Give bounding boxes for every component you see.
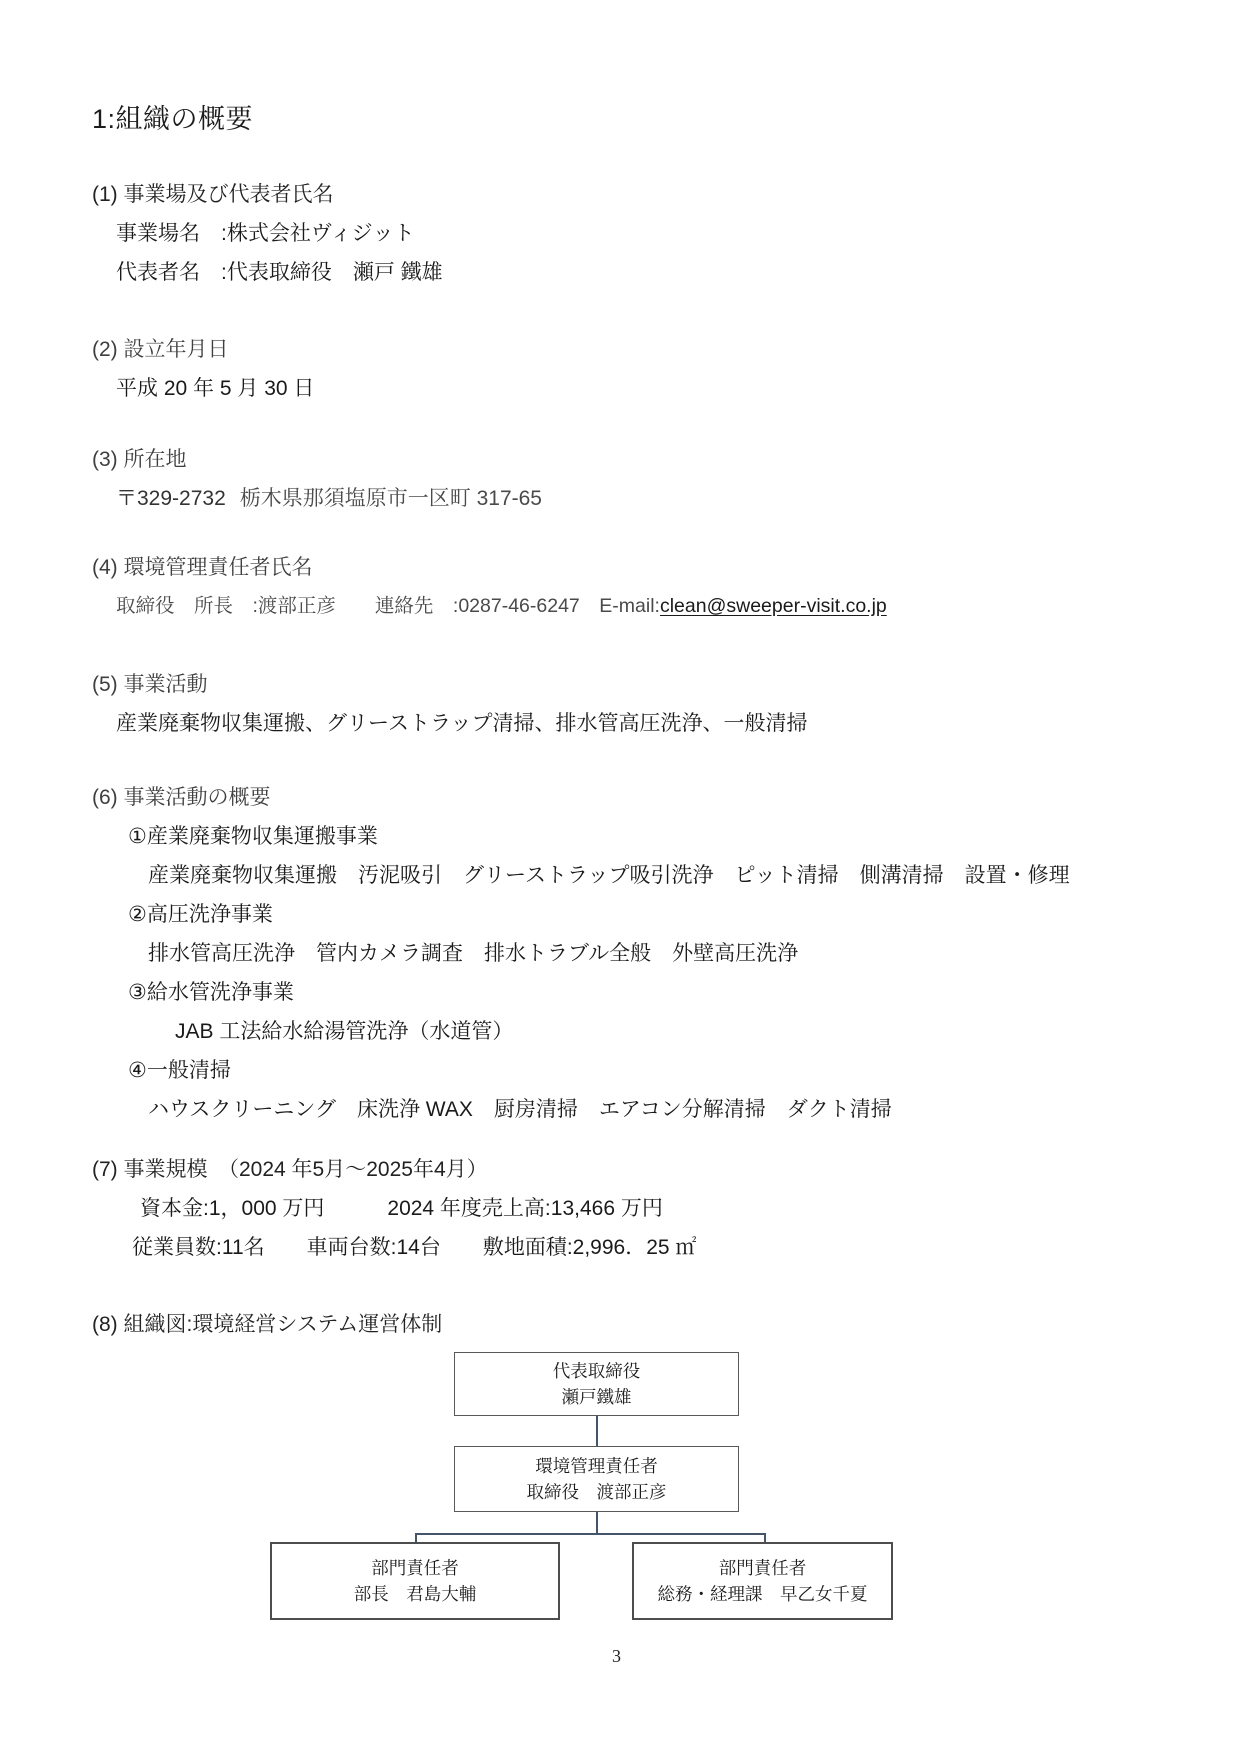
- document-page: 1:組織の概要 (1) 事業場及び代表者氏名 事業場名 :株式会社ヴィジット 代…: [0, 0, 1241, 1630]
- connector-ceo-manager: [596, 1416, 598, 1446]
- activity-4-detail: ハウスクリーニング 床洗浄 WAX 厨房清掃 エアコン分解清掃 ダクト清掃: [92, 1090, 1181, 1129]
- activity-2-detail: 排水管高圧洗浄 管内カメラ調査 排水トラブル全般 外壁高圧洗浄: [92, 934, 1181, 973]
- section-1-heading: (1) 事業場及び代表者氏名: [92, 175, 1181, 214]
- org-box-environment-manager: 環境管理責任者 取締役 渡部正彦: [454, 1446, 739, 1512]
- founding-date: 平成 20 年 5 月 30 日: [92, 369, 1181, 408]
- activity-4-label: ④一般清掃: [92, 1051, 1181, 1090]
- org-box-department-left: 部門責任者 部長 君島大輔: [270, 1542, 560, 1620]
- section-environment-manager: (4) 環境管理責任者氏名 取締役 所長 :渡部正彦 連絡先 :0287-46-…: [92, 548, 1181, 626]
- connector-manager-down: [596, 1512, 598, 1533]
- section-address: (3) 所在地 〒329-2732栃木県那須塩原市一区町 317-65: [92, 440, 1181, 518]
- activity-1-detail: 産業廃棄物収集運搬 汚泥吸引 グリーストラップ吸引洗浄 ピット清掃 側溝清掃 設…: [92, 856, 1181, 895]
- employees-vehicles-area-line: 従業員数:11名 車両台数:14台 敷地面積:2,996．25 ㎡: [92, 1228, 1181, 1267]
- section-5-heading: (5) 事業活動: [92, 665, 1181, 704]
- dept-right-title: 部門責任者: [719, 1555, 807, 1581]
- page-number: 3: [0, 1646, 1233, 1667]
- section-2-heading: (2) 設立年月日: [92, 330, 1181, 369]
- manager-contact-line: 取締役 所長 :渡部正彦 連絡先 :0287-46-6247 E-mail:cl…: [92, 587, 1181, 626]
- activity-2-label: ②高圧洗浄事業: [92, 895, 1181, 934]
- org-box-ceo: 代表取締役 瀬戸鐵雄: [454, 1352, 739, 1416]
- dept-right-name: 総務・経理課 早乙女千夏: [658, 1581, 868, 1607]
- manager-name: 取締役 渡部正彦: [527, 1479, 667, 1505]
- ceo-name: 瀬戸鐵雄: [562, 1384, 632, 1410]
- org-chart: 代表取締役 瀬戸鐵雄 環境管理責任者 取締役 渡部正彦 部門責任者 部長 君島大…: [270, 1352, 900, 1630]
- email-link[interactable]: clean@sweeper-visit.co.jp: [660, 595, 887, 617]
- business-site-name: 事業場名 :株式会社ヴィジット: [92, 214, 1181, 253]
- connector-horizontal: [415, 1533, 765, 1535]
- postal-code: 〒329-2732: [116, 487, 226, 510]
- section-org-chart: (8) 組織図:環境経営システム運営体制 代表取締役 瀬戸鐵雄 環境管理責任者 …: [92, 1305, 1181, 1630]
- section-founding-date: (2) 設立年月日 平成 20 年 5 月 30 日: [92, 330, 1181, 408]
- dept-left-name: 部長 君島大輔: [354, 1581, 477, 1607]
- section-7-heading: (7) 事業規模 （2024 年5月～2025年4月）: [92, 1150, 1181, 1189]
- dept-left-title: 部門責任者: [371, 1555, 459, 1581]
- page-title: 1:組織の概要: [92, 97, 1181, 141]
- section-business-site: (1) 事業場及び代表者氏名 事業場名 :株式会社ヴィジット 代表者名 :代表取…: [92, 175, 1181, 292]
- section-8-heading: (8) 組織図:環境経営システム運営体制: [92, 1305, 1181, 1344]
- section-business-scale: (7) 事業規模 （2024 年5月～2025年4月） 資本金:1，000 万円…: [92, 1150, 1181, 1267]
- org-box-department-right: 部門責任者 総務・経理課 早乙女千夏: [632, 1542, 893, 1620]
- address-line: 〒329-2732栃木県那須塩原市一区町 317-65: [92, 479, 1181, 518]
- representative-name: 代表者名 :代表取締役 瀬戸 鐵雄: [92, 253, 1181, 292]
- activity-1-label: ①産業廃棄物収集運搬事業: [92, 817, 1181, 856]
- capital-and-sales-line: 資本金:1，000 万円 2024 年度売上高:13,466 万円: [92, 1189, 1181, 1228]
- section-4-heading: (4) 環境管理責任者氏名: [92, 548, 1181, 587]
- manager-title: 環境管理責任者: [535, 1453, 658, 1479]
- section-business-activities: (5) 事業活動 産業廃棄物収集運搬、グリーストラップ清掃、排水管高圧洗浄、一般…: [92, 665, 1181, 743]
- activity-3-detail: JAB 工法給水給湯管洗浄（水道管）: [92, 1012, 1181, 1051]
- section-activity-overview: (6) 事業活動の概要 ①産業廃棄物収集運搬事業 産業廃棄物収集運搬 汚泥吸引 …: [92, 778, 1181, 1129]
- ceo-title: 代表取締役: [553, 1358, 641, 1384]
- manager-contact-text: 取締役 所長 :渡部正彦 連絡先 :0287-46-6247 E-mail:: [116, 595, 660, 617]
- street-address: 栃木県那須塩原市一区町 317-65: [240, 487, 542, 510]
- section-3-heading: (3) 所在地: [92, 440, 1181, 479]
- business-activities-line: 産業廃棄物収集運搬、グリーストラップ清掃、排水管高圧洗浄、一般清掃: [92, 704, 1181, 743]
- activity-3-label: ③給水管洗浄事業: [92, 973, 1181, 1012]
- section-6-heading: (6) 事業活動の概要: [92, 778, 1181, 817]
